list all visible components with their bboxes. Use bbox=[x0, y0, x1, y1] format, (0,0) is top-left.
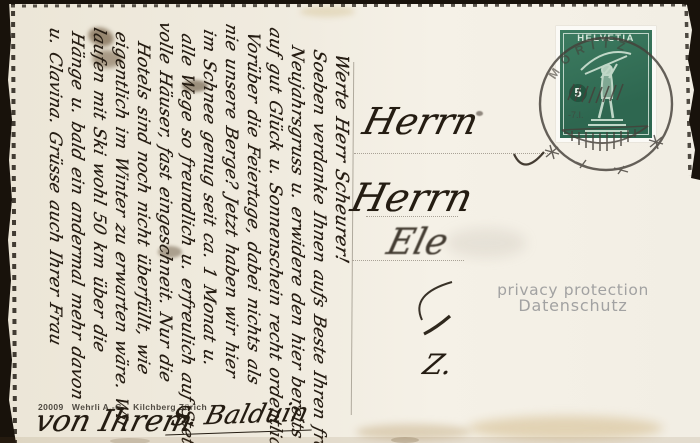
message-line: Soeben verdanke Ihnen aufs Beste Ihren f… bbox=[308, 19, 330, 440]
message-line: eigentlich im Winter zu erwarten wäre. W… bbox=[110, 19, 132, 440]
stamp-value: 5 bbox=[569, 84, 587, 102]
message-line: u. Clavina. Grüsse auch Ihrer Frau bbox=[44, 19, 66, 440]
message-line: Werte Herr Scheurer! bbox=[330, 19, 352, 440]
signature: S. Balduin bbox=[165, 397, 319, 435]
message-line: nie unsere Berge? Jetzt haben wir hier bbox=[220, 19, 242, 440]
message-line: Vorüber die Feiertage, dabei nichts als bbox=[242, 19, 264, 440]
message-line: volle Häuser, fast eingeschneit. Nur die bbox=[154, 19, 176, 440]
watermark-line-2: Datenschutz bbox=[494, 298, 652, 313]
message-line: im Schnee genug seit ca. 1 Monat u. bbox=[198, 19, 220, 440]
message-line: Hotels sind noch nicht überfüllt, wie bbox=[132, 19, 154, 440]
address-rule-1 bbox=[354, 153, 550, 154]
handwritten-message: Werte Herr Scheurer! Soeben verdanke Ihn… bbox=[42, 22, 352, 438]
privacy-watermark: privacy protection Datenschutz bbox=[494, 283, 652, 313]
message-line: Hänge u. bald ein andermal mehr davon bbox=[66, 19, 88, 440]
message-line: auf gut Glück u. Sonnenschein recht orde… bbox=[264, 19, 286, 440]
stamp-country-label: HELVETIA bbox=[560, 33, 652, 44]
address-herrn-1: Herrn bbox=[359, 100, 483, 143]
message-line: Neujahrsgruss u. erwidere den hier berei… bbox=[286, 19, 308, 440]
stamp-field: HELVETIA 5 bbox=[560, 30, 652, 138]
address-herrn-2: Herrn bbox=[346, 176, 477, 221]
address-name-fragment: Ele bbox=[383, 222, 452, 263]
message-line: laufen mit Ski wohl 50 km über die bbox=[88, 19, 110, 440]
postage-stamp: HELVETIA 5 bbox=[556, 26, 656, 142]
message-line: alle Wege so freundlich u. erfreulich au… bbox=[176, 19, 198, 440]
